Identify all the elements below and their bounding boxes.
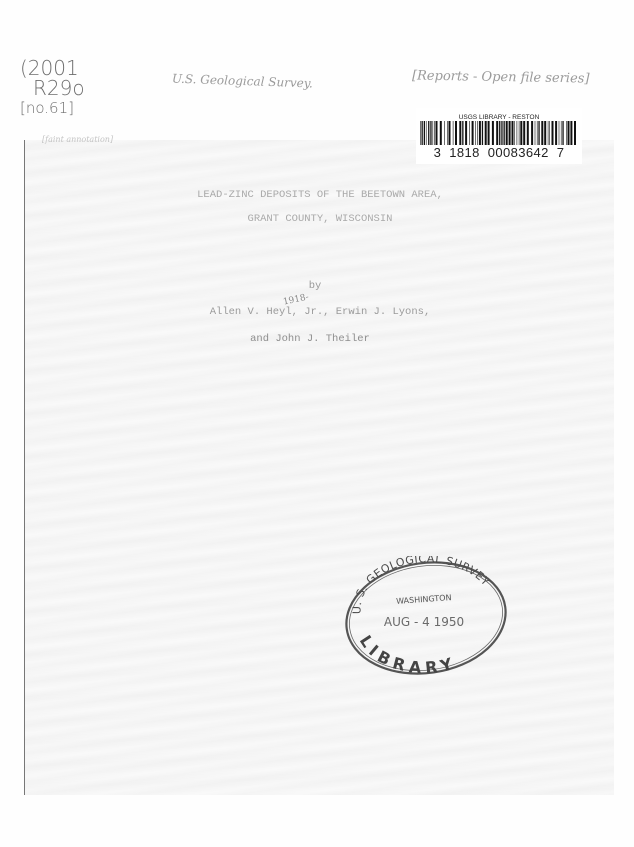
call-number-line-1: (2001 — [20, 58, 85, 78]
svg-text:LIBRARY: LIBRARY — [356, 632, 460, 678]
handwritten-call-number: (2001 R29o [no.61] — [20, 58, 85, 118]
handwritten-faint-annotation: [faint annotation] — [42, 135, 113, 144]
stamp-top-text: U. S. GEOLOGICAL SURVEY — [351, 556, 493, 614]
call-number-line-3: [no.61] — [20, 98, 85, 118]
byline-label: by — [240, 280, 390, 292]
handwritten-survey-note: U.S. Geological Survey. — [172, 72, 313, 91]
page-edge-line — [24, 140, 25, 795]
document-title-line-1: LEAD-ZINC DEPOSITS OF THE BEETOWN AREA, — [170, 189, 470, 201]
library-barcode-label: USGS LIBRARY - RESTON 3 1818 00083642 7 — [416, 108, 582, 164]
barcode-icon — [420, 121, 576, 145]
stamp-city: WASHINGTON — [396, 593, 452, 606]
barcode-number: 3 1818 00083642 7 — [416, 145, 582, 160]
library-receipt-stamp: U. S. GEOLOGICAL SURVEY WASHINGTON AUG -… — [340, 556, 510, 678]
stamp-bottom-text: LIBRARY — [356, 632, 460, 678]
barcode-title: USGS LIBRARY - RESTON — [416, 114, 582, 121]
stamp-date: AUG - 4 1950 — [384, 615, 464, 629]
scanned-page — [24, 140, 614, 795]
document-title-line-2: GRANT COUNTY, WISCONSIN — [170, 213, 470, 225]
authors-line-1: Allen V. Heyl, Jr., Erwin J. Lyons, — [170, 306, 470, 318]
authors-line-2: and John J. Theiler — [190, 333, 430, 345]
call-number-line-2: R29o — [20, 78, 85, 98]
svg-text:U. S. GEOLOGICAL SURVEY: U. S. GEOLOGICAL SURVEY — [351, 556, 493, 614]
handwritten-series-note: [Reports - Open file series] — [412, 68, 590, 86]
